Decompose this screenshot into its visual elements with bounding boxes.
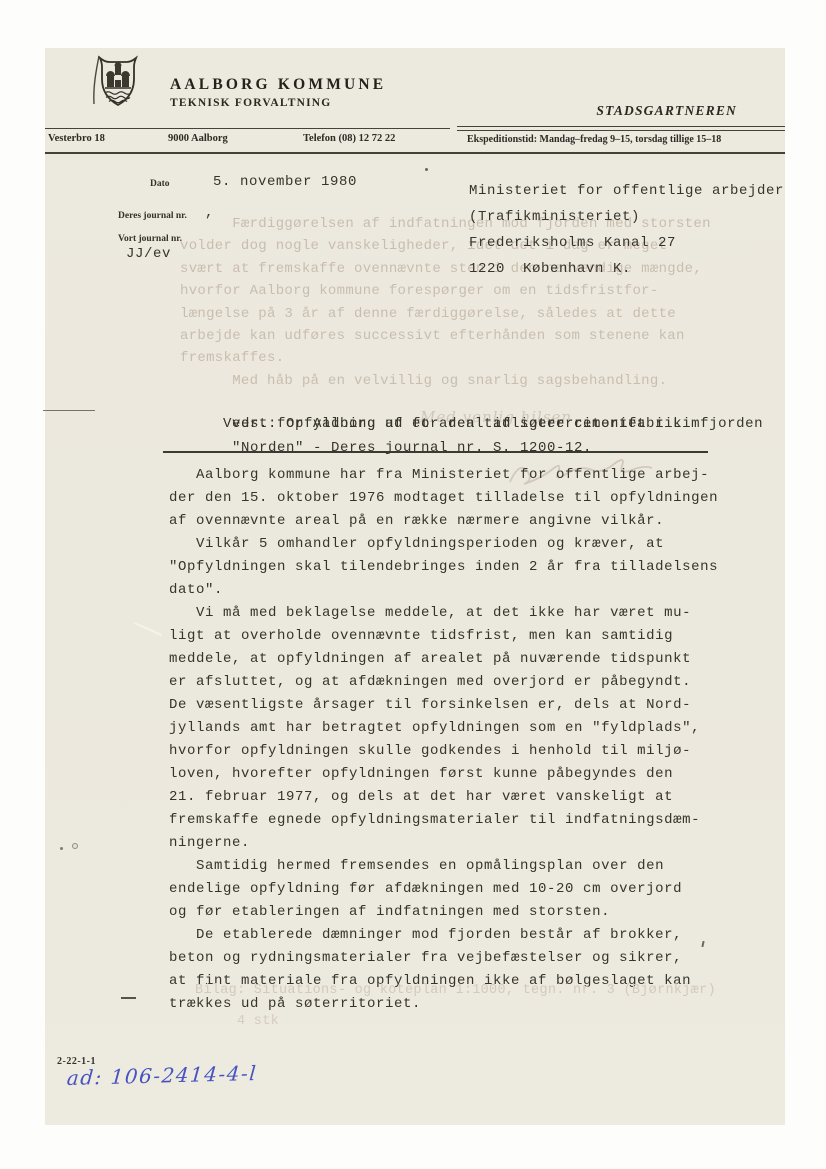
bleedthrough-line: længelse på 3 år af denne færdiggørelse,… (180, 303, 711, 325)
handwritten-journal-note: ad: 106-2414-4-l (66, 1061, 258, 1090)
our-journal-value: JJ/ev (126, 246, 171, 262)
ink-speck (425, 168, 428, 171)
body-line: og før etableringen af indfatningen med … (169, 901, 718, 924)
your-journal-value: , (205, 205, 214, 221)
subject-line-3: "Norden" - Deres journal nr. S. 1200-12. (232, 436, 763, 460)
recipient-line: Frederiksholms Kanal 27 (469, 230, 784, 256)
body-line: endelige opfyldning før afdækningen med … (169, 878, 718, 901)
aalborg-coat-of-arms-logo (84, 52, 148, 112)
body-line: af ovennævnte areal på en række nærmere … (169, 510, 718, 533)
body-line: Vi må med beklagelse meddele, at det ikk… (169, 602, 718, 625)
contact-city: 9000 Aalborg (168, 133, 228, 144)
margin-speck (72, 843, 78, 849)
org-name: AALBORG KOMMUNE (170, 76, 386, 94)
body-line: er afsluttet, og at afdækningen med over… (169, 671, 718, 694)
recipient-line: Ministeriet for offentlige arbejder (469, 178, 784, 204)
office-name: STADSGARTNEREN (596, 103, 737, 119)
body-line: beton og rydningsmaterialer fra vejbefæs… (169, 947, 718, 970)
header-rule-right-bottom (457, 130, 785, 131)
body-line: "Opfyldningen skal tilendebringes inden … (169, 556, 718, 579)
body-line: ningerne. (169, 832, 718, 855)
date-label: Dato (150, 179, 170, 189)
our-journal-label: Vort journal nr. (118, 234, 182, 244)
body-line: dato". (169, 579, 718, 602)
recipient-block: Ministeriet for offentlige arbejder (Tra… (469, 178, 784, 282)
header-rule-right-top (457, 126, 785, 127)
subject-block: Vedr.:Opfyldning af et areal af søterrri… (169, 388, 763, 460)
contact-hours: Ekspeditionstid: Mandag–fredag 9–15, tor… (467, 134, 721, 145)
body-line: jyllands amt har betragtet opfyldningen … (169, 717, 718, 740)
margin-dash (43, 410, 95, 411)
scanned-letter-stage: AALBORG KOMMUNE TEKNISK FORVALTNING STAD… (0, 0, 826, 1169)
contact-phone: Telefon (08) 12 72 22 (303, 133, 395, 144)
header-rule-bottom (45, 152, 785, 154)
body-line: Samtidig hermed fremsendes en opmålingsp… (169, 855, 718, 878)
body-line: Aalborg kommune har fra Ministeriet for … (169, 464, 718, 487)
body-line: 21. februar 1977, og dels at det har vær… (169, 786, 718, 809)
margin-speck (60, 847, 63, 850)
date-value: 5. november 1980 (213, 174, 357, 190)
bleedthrough-line: arbejde kan udføres successivt efterhånd… (180, 325, 711, 347)
body-line: meddele, at opfyldningen af arealet på n… (169, 648, 718, 671)
body-line: Vilkår 5 omhandler opfyldningsperioden o… (169, 533, 718, 556)
recipient-line: 1220 København K. (469, 256, 784, 282)
margin-underscore (121, 997, 136, 999)
contact-address: Vesterbro 18 (48, 133, 105, 144)
bleedthrough-attachment: Bilag: Situations- og koteplan 1:1000, t… (195, 983, 716, 998)
bleedthrough-attachment-count: 4 stk (237, 1014, 279, 1029)
header-rule-left (45, 128, 450, 129)
department-name: TEKNISK FORVALTNING (170, 97, 331, 109)
body-line: De etablerede dæmninger mod fjorden best… (169, 924, 718, 947)
letter-body: Aalborg kommune har fra Ministeriet for … (169, 464, 718, 1016)
body-line: ligt at overholde ovennævnte tidsfrist, … (169, 625, 718, 648)
subject-underline (163, 451, 708, 453)
body-line: De væsentligste årsager til forsinkelsen… (169, 694, 718, 717)
body-line: hvorfor opfyldningen skulle godkendes i … (169, 740, 718, 763)
body-line: fremskaffe egnede opfyldningsmaterialer … (169, 809, 718, 832)
bleedthrough-line: hvorfor Aalborg kommune forespørger om e… (180, 280, 711, 302)
your-journal-label: Deres journal nr. (118, 211, 187, 221)
body-line: der den 15. oktober 1976 modtaget tillad… (169, 487, 718, 510)
bleedthrough-line: fremskaffes. (180, 347, 711, 369)
body-line: loven, hvorefter opfyldningen først kunn… (169, 763, 718, 786)
recipient-line: (Trafikministeriet) (469, 204, 784, 230)
